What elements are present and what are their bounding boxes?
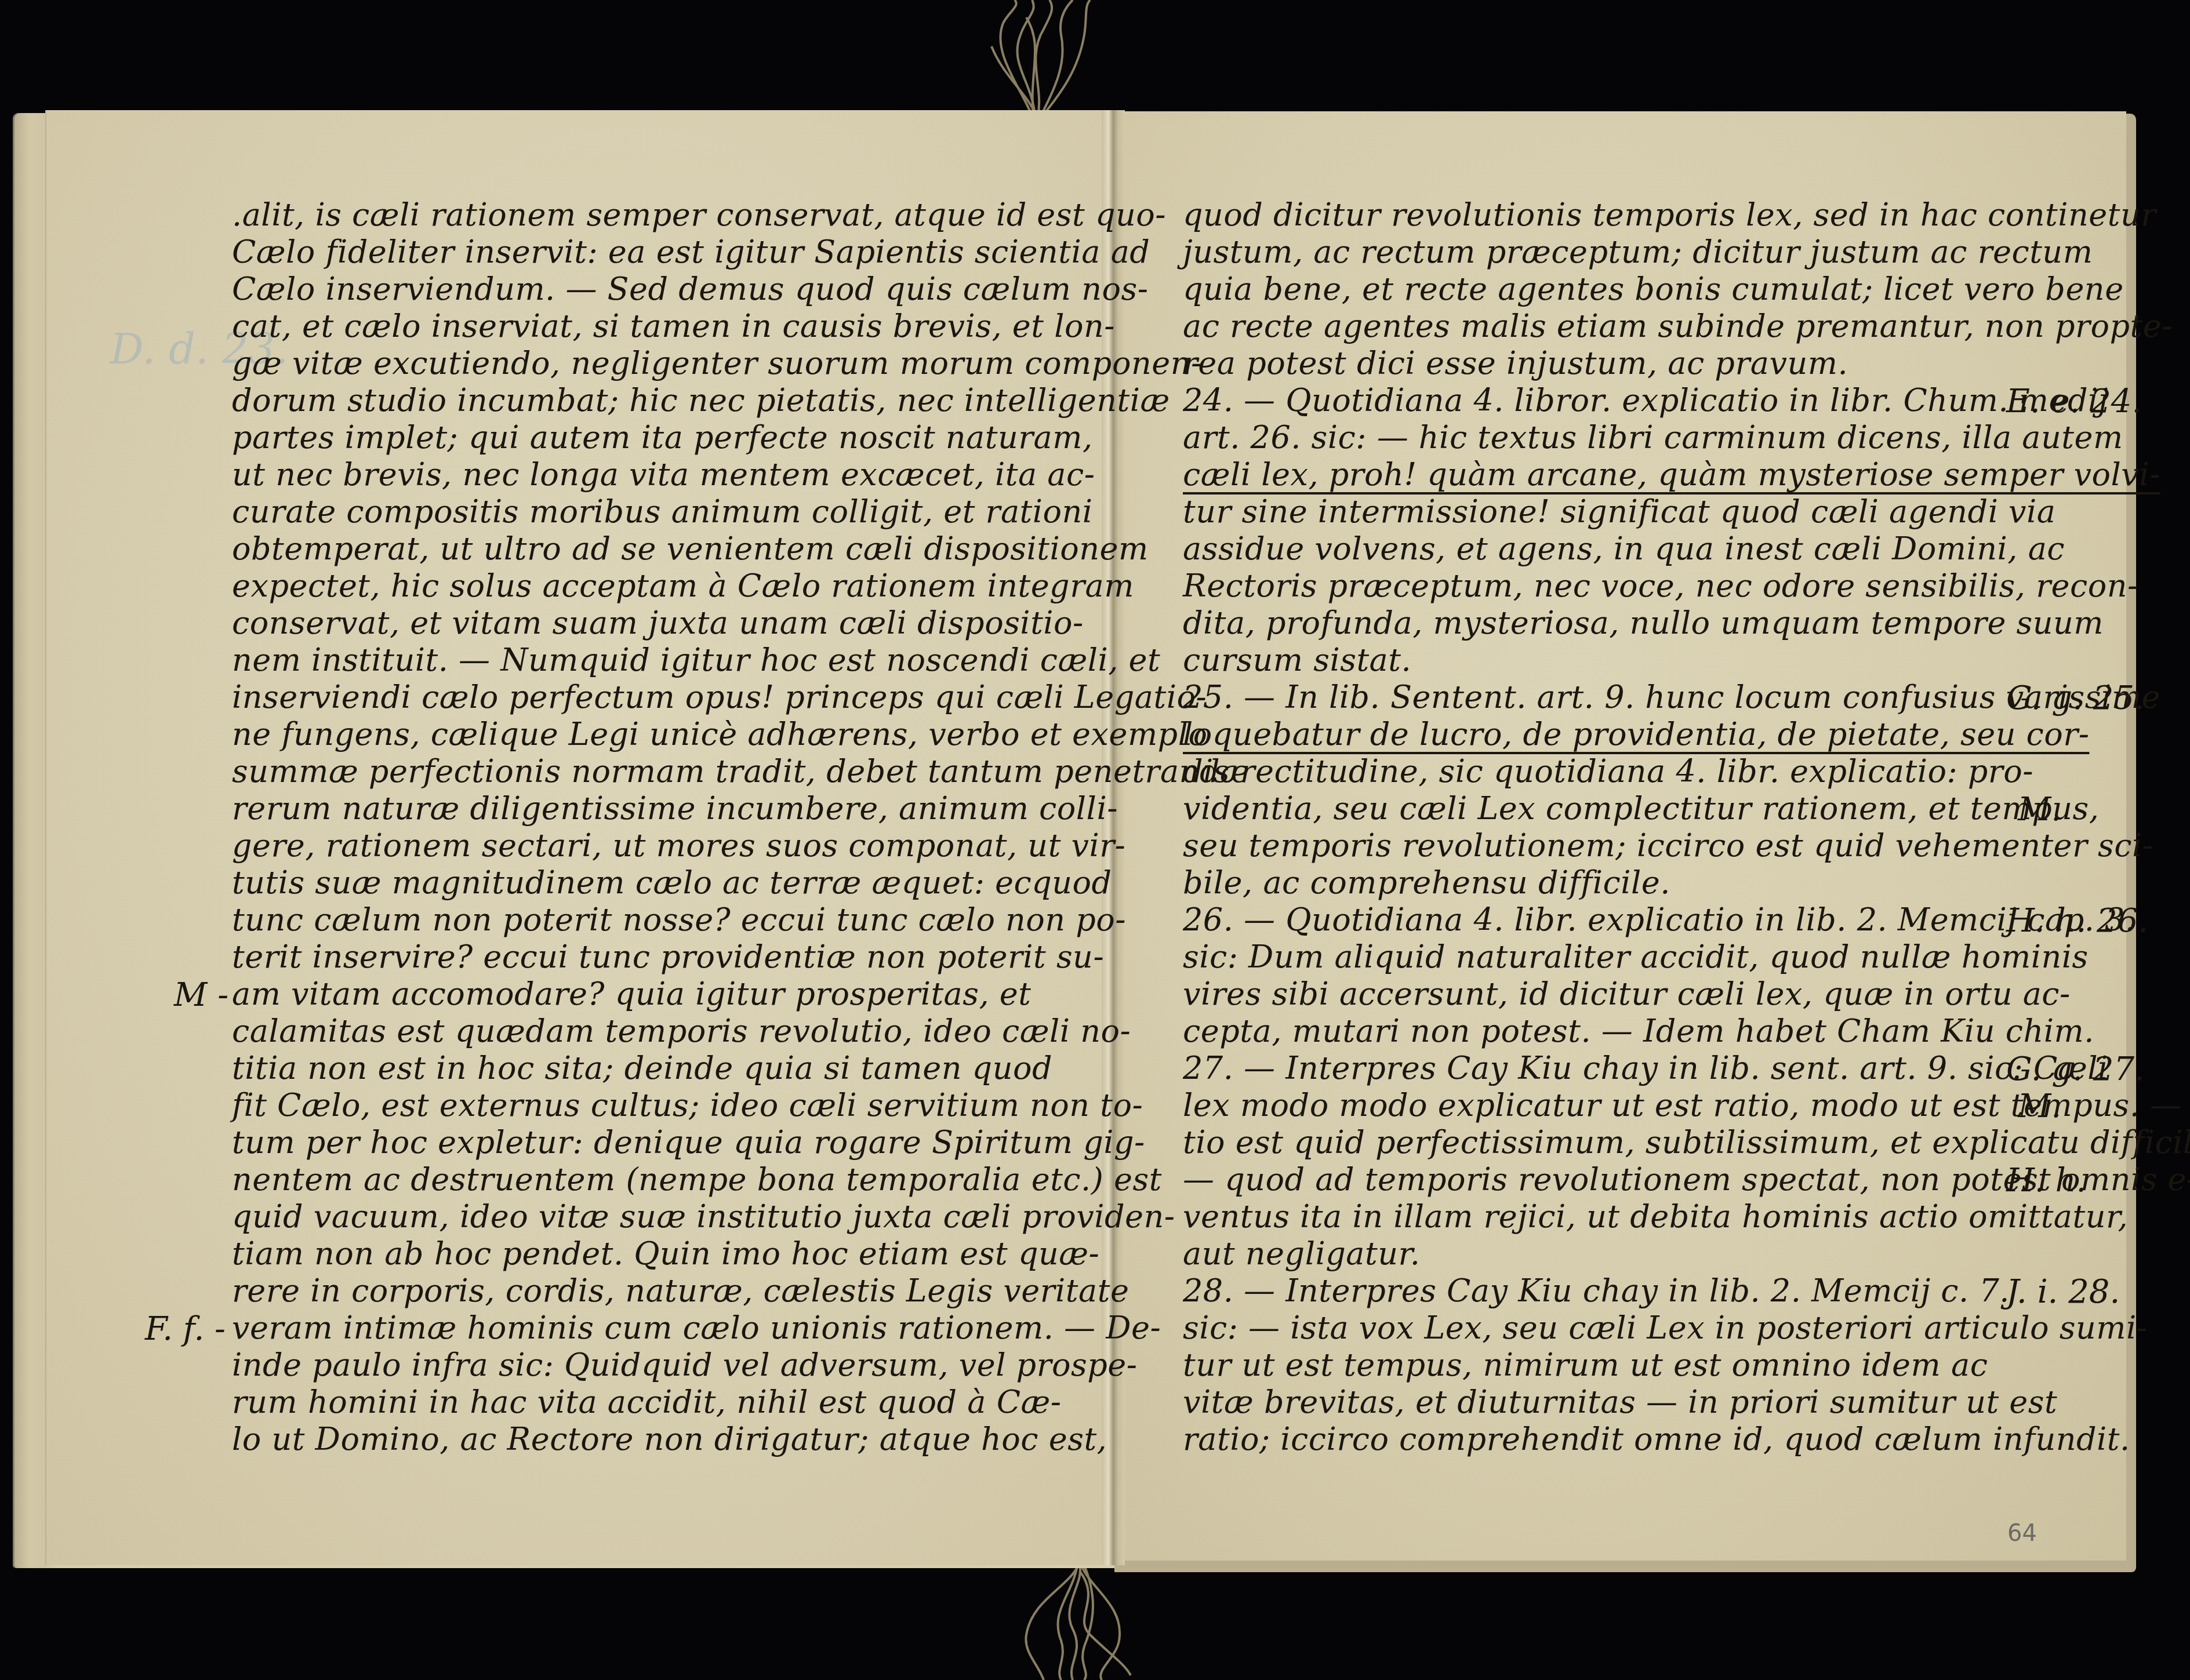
margin-note: M.: [2018, 791, 2061, 828]
text-line: sic: Dum aliquid naturaliter accidit, qu…: [1183, 939, 2089, 975]
text-line: 24. — Quotidiana 4. libror. explicatio i…: [1183, 383, 2108, 419]
margin-note: M -: [174, 976, 228, 1014]
text-line: .alit, is cæli rationem semper conservat…: [232, 197, 1166, 233]
text-line: videntia, seu cæli Lex complectitur rati…: [1183, 791, 2099, 827]
text-line: cursum sistat.: [1183, 642, 1411, 678]
text-line: assidue volvens, et agens, in qua inest …: [1183, 531, 2065, 567]
text-line: calamitas est quædam temporis revolutio,…: [232, 1013, 1131, 1049]
text-line: vitæ brevitas, et diuturnitas — in prior…: [1183, 1384, 2057, 1420]
text-line: nem instituit. — Numquid igitur hoc est …: [232, 642, 1160, 678]
text-line: veram intimæ hominis cum cælo unionis ra…: [232, 1310, 1161, 1346]
text-line: rum homini in hac vita accidit, nihil es…: [232, 1384, 1062, 1420]
text-line: fit Cælo, est externus cultus; ideo cæli…: [232, 1088, 1143, 1123]
text-line: tiam non ab hoc pendet. Quin imo hoc eti…: [232, 1236, 1099, 1272]
margin-note: F. f. -: [145, 1310, 226, 1348]
margin-note: E. e. 24.: [2006, 383, 2142, 420]
text-line: seu temporis revolutionem; iccirco est q…: [1183, 828, 2153, 864]
text-line: terit inservire? eccui tunc providentiæ …: [232, 939, 1104, 975]
text-line: ac recte agentes malis etiam subinde pre…: [1183, 308, 2173, 344]
text-line-underlined: cæli lex, proh! quàm arcane, quàm myster…: [1183, 457, 2160, 493]
text-line: aut negligatur.: [1183, 1236, 1420, 1272]
text-line: curate compositis moribus animum colligi…: [232, 494, 1093, 530]
margin-note: H. h. 26.: [2006, 902, 2148, 940]
text-line: tutis suæ magnitudinem cælo ac terræ æqu…: [232, 865, 1112, 901]
text-line: 28. — Interpres Cay Kiu chay in lib. 2. …: [1183, 1273, 2010, 1309]
margin-note: J. i. 28.: [2006, 1273, 2120, 1311]
text-line: ratio; iccirco comprehendit omne id, quo…: [1183, 1421, 2130, 1457]
text-line: nentem ac destruentem (nempe bona tempor…: [232, 1162, 1162, 1198]
margin-note: M.: [2018, 1088, 2061, 1125]
text-line: inserviendi cælo perfectum opus! princep…: [232, 679, 1207, 715]
text-line: Rectoris præceptum, nec voce, nec odore …: [1183, 568, 2138, 604]
text-line: obtemperat, ut ultro ad se venientem cæl…: [232, 531, 1149, 567]
text-line: rea potest dici esse injustum, ac pravum…: [1183, 346, 1848, 381]
text-line: dis rectitudine, sic quotidiana 4. libr.…: [1183, 754, 2033, 790]
text-line: 26. — Quotidiana 4. libr. explicatio in …: [1183, 902, 2135, 938]
text-line: Cælo fideliter inservit: ea est igitur S…: [232, 234, 1150, 270]
text-line: ne fungens, cælique Legi unicè adhærens,…: [232, 717, 1207, 752]
text-line-underlined: loquebatur de lucro, de providentia, de …: [1183, 717, 2089, 752]
text-line: tunc cælum non poterit nosse? eccui tunc…: [232, 902, 1126, 938]
text-line: ventus ita in illam rejici, ut debita ho…: [1183, 1199, 2128, 1235]
text-line: tur sine intermissione! significat quod …: [1183, 494, 2056, 530]
text-line: tum per hoc expletur: denique quia rogar…: [232, 1125, 1145, 1161]
text-line: cat, et cælo inserviat, si tamen in caus…: [232, 308, 1115, 344]
margin-note: H. h.: [2006, 1162, 2086, 1199]
text-line: conservat, et vitam suam juxta unam cæli…: [232, 605, 1084, 641]
text-line: titia non est in hoc sita; deinde quia s…: [232, 1050, 1052, 1086]
text-line: dorum studio incumbat; hic nec pietatis,…: [232, 383, 1170, 419]
text-line: dita, profunda, mysteriosa, nullo umquam…: [1183, 605, 2104, 641]
text-line: am vitam accomodare? quia igitur prosper…: [232, 976, 1032, 1012]
text-line: 27. — Interpres Cay Kiu chay in lib. sen…: [1183, 1050, 2108, 1086]
text-line: partes implet; qui autem ita perfecte no…: [232, 420, 1093, 456]
margin-note: G. g. 27.: [2006, 1050, 2145, 1088]
text-line: summæ perfectionis normam tradit, debet …: [232, 754, 1250, 790]
text-line: tur ut est tempus, nimirum ut est omnino…: [1183, 1347, 1988, 1383]
text-line: bile, ac comprehensu difficile.: [1183, 865, 1670, 901]
text-line: rere in corporis, cordis, naturæ, cælest…: [232, 1273, 1129, 1309]
open-manuscript: D. d. 23. 64 .alit, is cæli rationem sem…: [0, 0, 2190, 1680]
binding-thread-top: [968, 0, 1107, 116]
text-line: gæ vitæ excutiendo, negligenter suorum m…: [232, 346, 1202, 381]
text-line: vires sibi accersunt, id dicitur cæli le…: [1183, 976, 2071, 1012]
text-line: quia bene, et recte agentes bonis cumula…: [1183, 271, 2124, 307]
text-line: quid vacuum, ideo vitæ suæ institutio ju…: [232, 1199, 1175, 1235]
text-line: inde paulo infra sic: Quidquid vel adver…: [232, 1347, 1138, 1383]
binding-thread-bottom: [1009, 1565, 1148, 1680]
text-line: justum, ac rectum præceptum; dicitur jus…: [1183, 234, 2093, 270]
text-line: quod dicitur revolutionis temporis lex, …: [1183, 197, 2156, 233]
text-line: gere, rationem sectari, ut mores suos co…: [232, 828, 1125, 864]
margin-note: G. g. 25.: [2006, 679, 2145, 717]
text-line: rerum naturæ diligentissime incumbere, a…: [232, 791, 1118, 827]
text-line: sic: — ista vox Lex, seu cæli Lex in pos…: [1183, 1310, 2147, 1346]
text-line: tio est quid perfectissimum, subtilissim…: [1183, 1125, 2190, 1161]
text-line: cepta, mutari non potest. — Idem habet C…: [1183, 1013, 2094, 1049]
text-line: art. 26. sic: — hic textus libri carminu…: [1183, 420, 2123, 456]
text-line: lo ut Domino, ac Rectore non dirigatur; …: [232, 1421, 1107, 1457]
text-line: Cælo inserviendum. — Sed demus quod quis…: [232, 271, 1148, 307]
text-line: expectet, hic solus acceptam à Cælo rati…: [232, 568, 1134, 604]
text-line: ut nec brevis, nec longa vita mentem exc…: [232, 457, 1095, 493]
folio-number: 64: [2007, 1520, 2037, 1547]
